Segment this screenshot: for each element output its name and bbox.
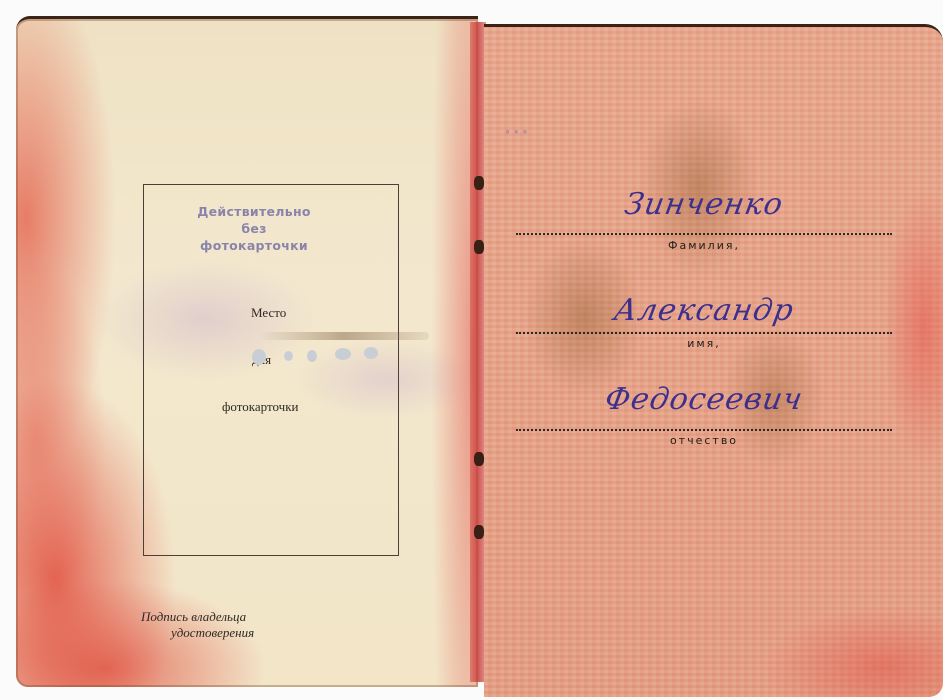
stitch xyxy=(474,240,484,254)
stitch xyxy=(474,452,484,466)
given-name-value: Александр xyxy=(513,293,895,328)
dotted-rule xyxy=(516,429,892,431)
caption-line: удостоверения xyxy=(141,625,254,641)
surname-label: Фамилия, xyxy=(516,239,892,252)
surname-value: Зинченко xyxy=(513,187,895,222)
hole-mark xyxy=(252,349,266,365)
hole-mark xyxy=(284,351,293,361)
stamp-line: фотокарточки xyxy=(144,237,364,254)
smear-mark xyxy=(259,332,429,340)
id-booklet: Действительно без фотокарточки Место для… xyxy=(0,0,943,700)
hole-mark xyxy=(307,350,317,362)
right-page: ··· Зинченко Фамилия, Александр имя, Фед… xyxy=(484,24,943,697)
stamp-line: Действительно xyxy=(144,203,364,220)
stitch xyxy=(474,525,484,539)
given-name-label: имя, xyxy=(516,337,892,350)
photo-placeholder-line: Место xyxy=(251,305,286,321)
hole-mark xyxy=(335,348,351,360)
patronymic-field: Федосеевич отчество xyxy=(516,382,892,462)
surname-field: Зинченко Фамилия, xyxy=(516,177,892,257)
photo-placeholder-line: фотокарточки xyxy=(222,399,298,415)
dotted-rule xyxy=(516,233,892,235)
stitch xyxy=(474,176,484,190)
left-page: Действительно без фотокарточки Место для… xyxy=(16,16,478,687)
stamp-line: без xyxy=(144,220,364,237)
hole-mark xyxy=(364,347,378,359)
dotted-rule xyxy=(516,332,892,334)
owner-signature-caption: Подпись владельца удостоверения xyxy=(141,609,254,641)
patronymic-label: отчество xyxy=(516,434,892,447)
caption-line: Подпись владельца xyxy=(141,609,254,625)
patronymic-value: Федосеевич xyxy=(513,382,895,417)
faded-stamp: ··· xyxy=(504,122,531,143)
given-name-field: Александр имя, xyxy=(516,289,892,369)
validity-stamp: Действительно без фотокарточки xyxy=(144,203,364,254)
photo-frame: Действительно без фотокарточки Место для… xyxy=(143,184,399,556)
